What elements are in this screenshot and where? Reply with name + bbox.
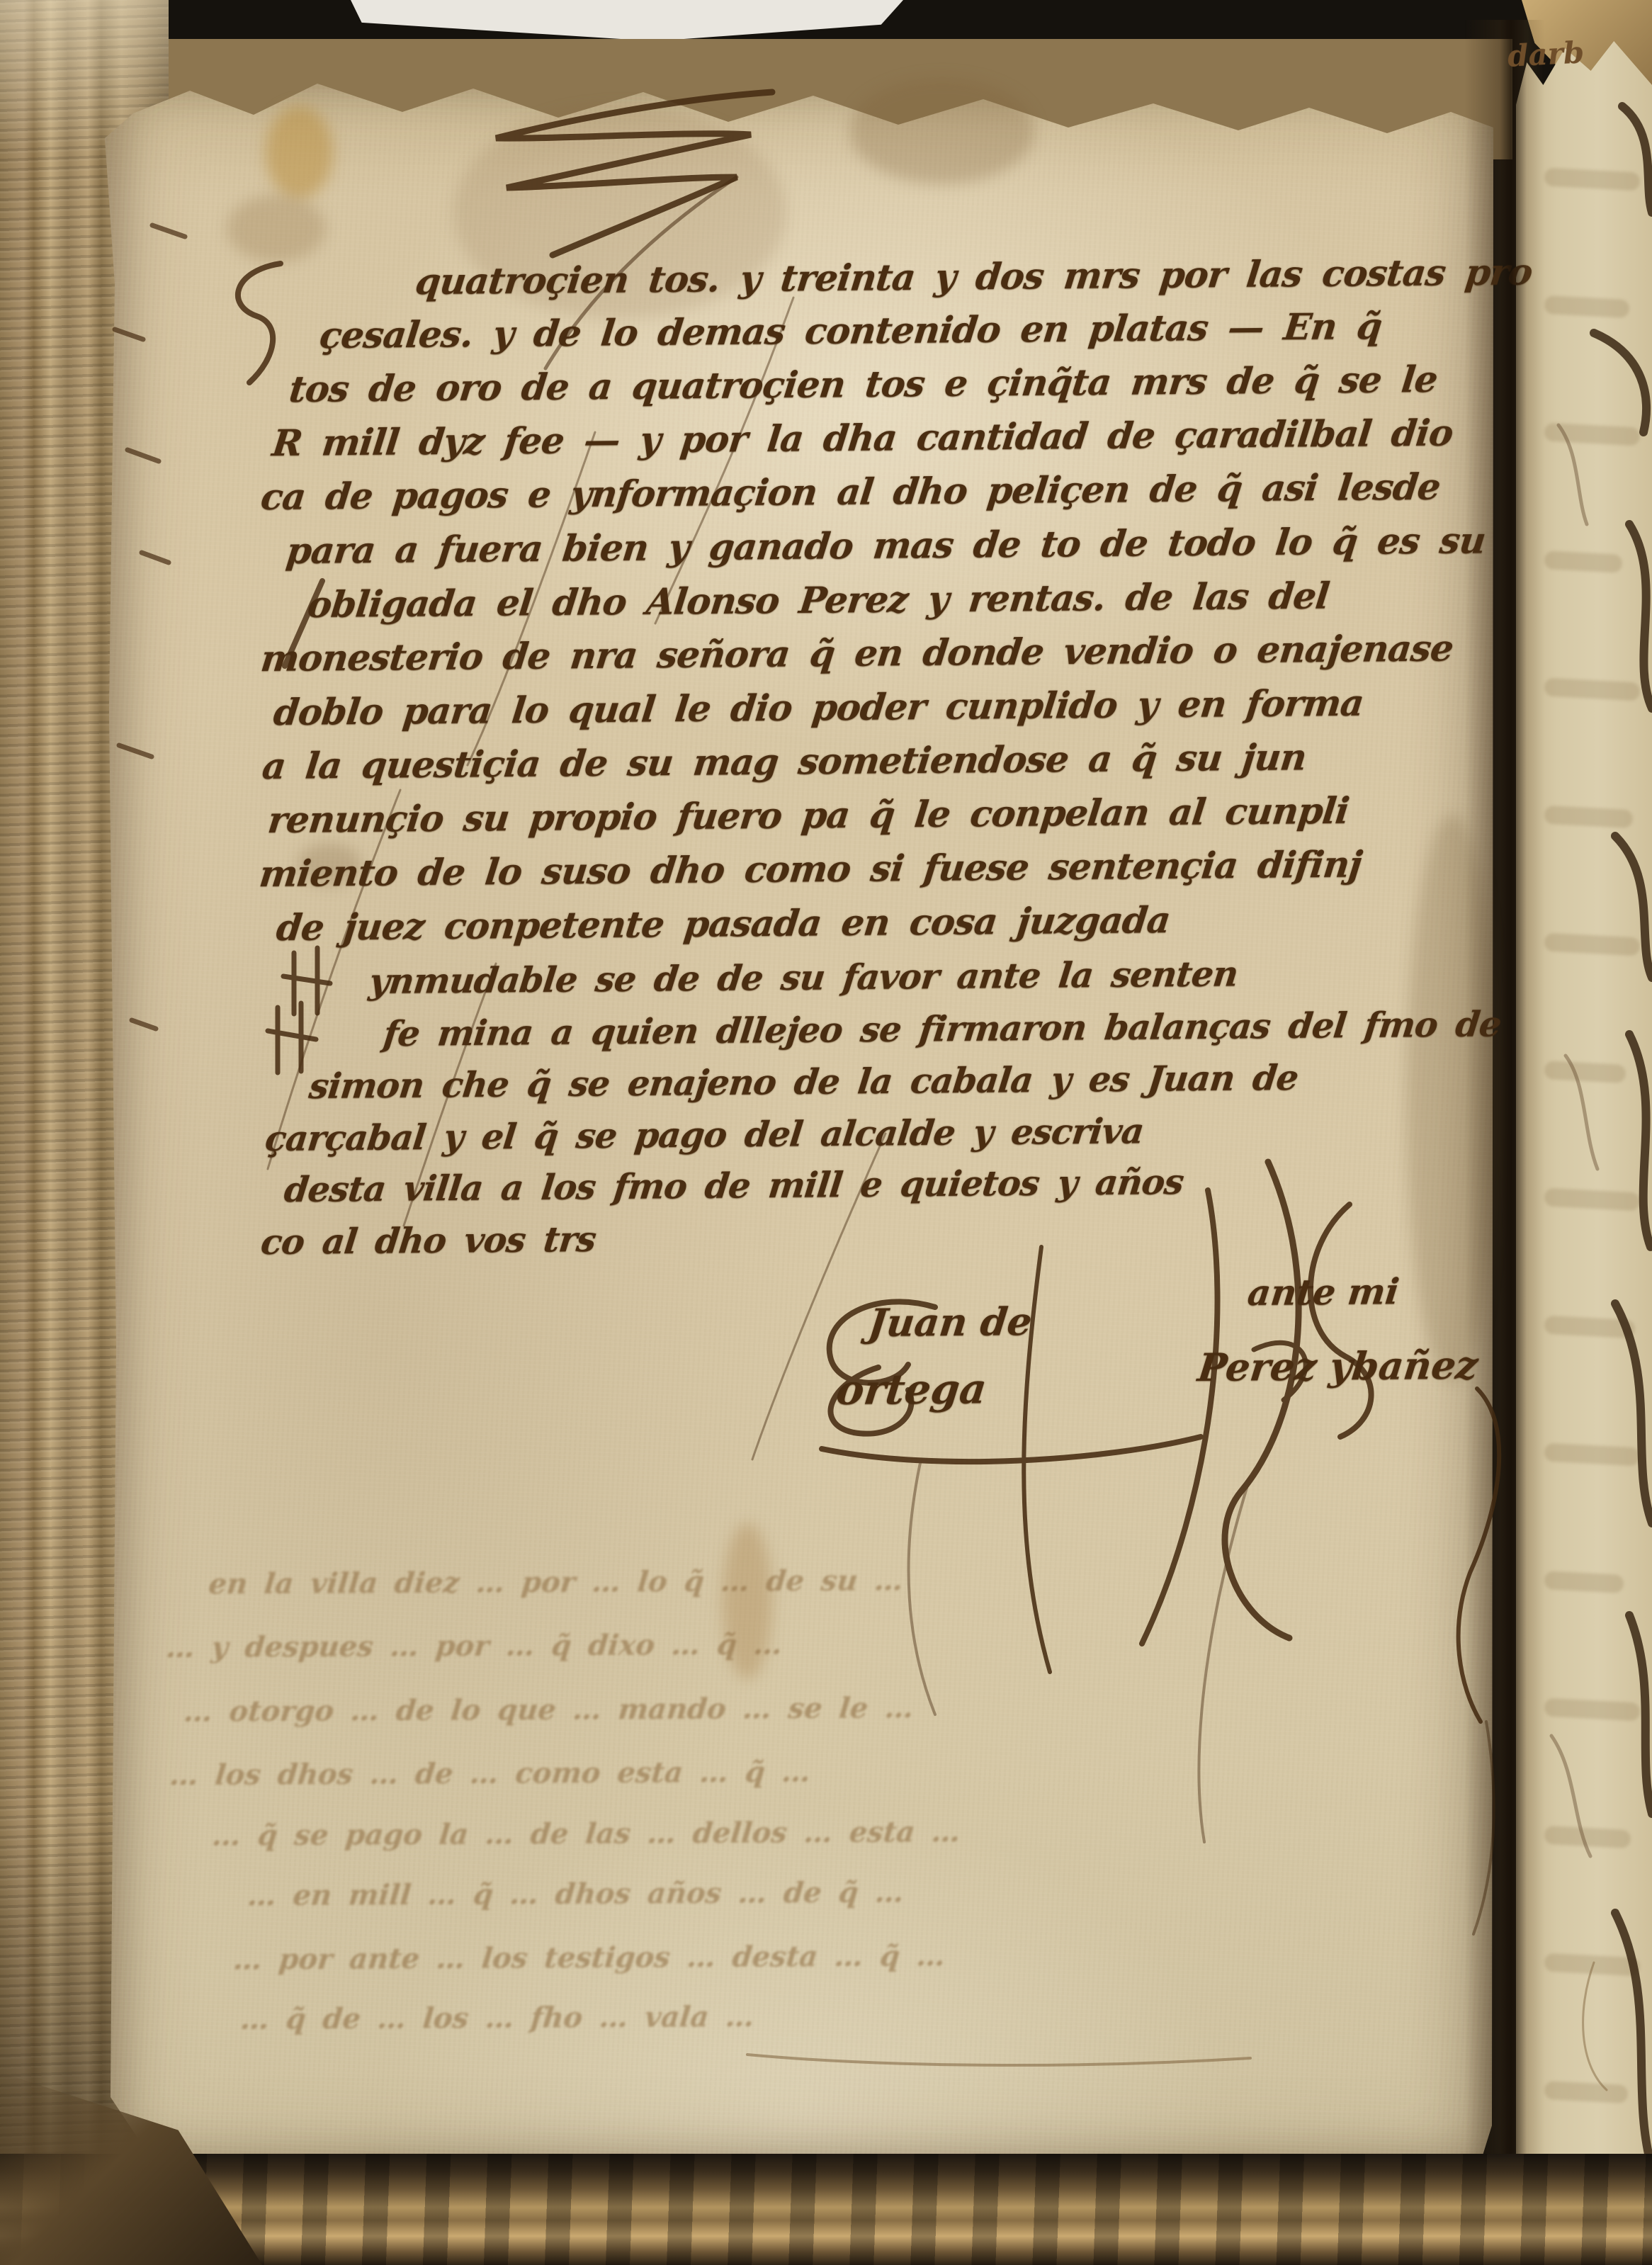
facing-page-ghost-line [1544, 1571, 1624, 1593]
facing-page-ghost-line [1544, 2081, 1628, 2103]
signature-left-name: Juan de [866, 1299, 1035, 1345]
facing-page-ghost-line [1544, 932, 1640, 956]
facing-page-ghost-line [1544, 167, 1640, 191]
signature-left-surname: ortega [834, 1365, 989, 1414]
handwriting-line: ynmudable se de de su favor ante la sent… [367, 953, 1240, 1002]
handwriting-line: çarçabal y el q̃ se pago del alcalde y e… [263, 1110, 1145, 1159]
manuscript-photo: quatroçien tos. y treinta y dos mrs por … [0, 0, 1652, 2265]
facing-page [1516, 20, 1652, 2265]
paper-stain [266, 106, 333, 198]
handwriting-line: desta villa a los fmo de mill e quietos … [282, 1161, 1185, 1210]
facing-page-ghost-line [1544, 1953, 1640, 1976]
facing-page-ghost-line [1544, 806, 1633, 829]
facing-page-ghost-line [1544, 295, 1629, 318]
facing-page-ghost-line [1544, 422, 1640, 446]
faded-line: en la villa diez … por … lo q̃ … de su … [207, 1564, 905, 1600]
facing-page-ghost-line [1544, 1442, 1640, 1466]
facing-page-ghost-line [1544, 1316, 1635, 1339]
paper-stain [850, 78, 1034, 184]
handwriting-line: co al dho vos trs [259, 1219, 598, 1263]
faded-line: … los dhos … de … como esta … q̃ … [168, 1756, 812, 1792]
faded-line: … en mill … q̃ … dhos años … de q̃ … [246, 1876, 905, 1913]
signature-right-antemi: ante mi [1245, 1270, 1401, 1314]
facing-page-ghost-line [1544, 1187, 1640, 1211]
handwriting-line: de juez conpetente pasada en cosa juzgad… [274, 899, 1172, 949]
paper-stain [1406, 815, 1498, 1382]
facing-page-ghost-line [1544, 1826, 1631, 1848]
facing-page-ghost-line [1544, 550, 1622, 573]
facing-page-ghost-line [1544, 1061, 1626, 1083]
signature-right-name: Perez ybañez [1196, 1343, 1481, 1390]
handwriting-line: simon che q̃ se enajeno de la cabala y e… [307, 1057, 1300, 1107]
faded-line: … por ante … los testigos … desta … q̃ … [232, 1939, 946, 1976]
facing-page-ghost-line [1544, 677, 1640, 701]
handwriting-line: obligada el dho Alonso Perez y rentas. d… [305, 575, 1331, 626]
facing-page-ghost-line [1544, 1698, 1640, 1721]
faded-line: … q̃ de … los … fho … vala … [239, 2000, 755, 2036]
faded-line: … y despues … por … q̃ dixo … q̃ … [164, 1628, 783, 1665]
faded-line: … q̃ se pago la … de las … dellos … esta… [210, 1815, 961, 1853]
paper-stain [227, 195, 326, 262]
facing-page-word: darb [1507, 35, 1585, 74]
background-sheet-edge [351, 0, 903, 41]
faded-line: … otorgo … de lo que … mando … se le … [182, 1691, 915, 1728]
